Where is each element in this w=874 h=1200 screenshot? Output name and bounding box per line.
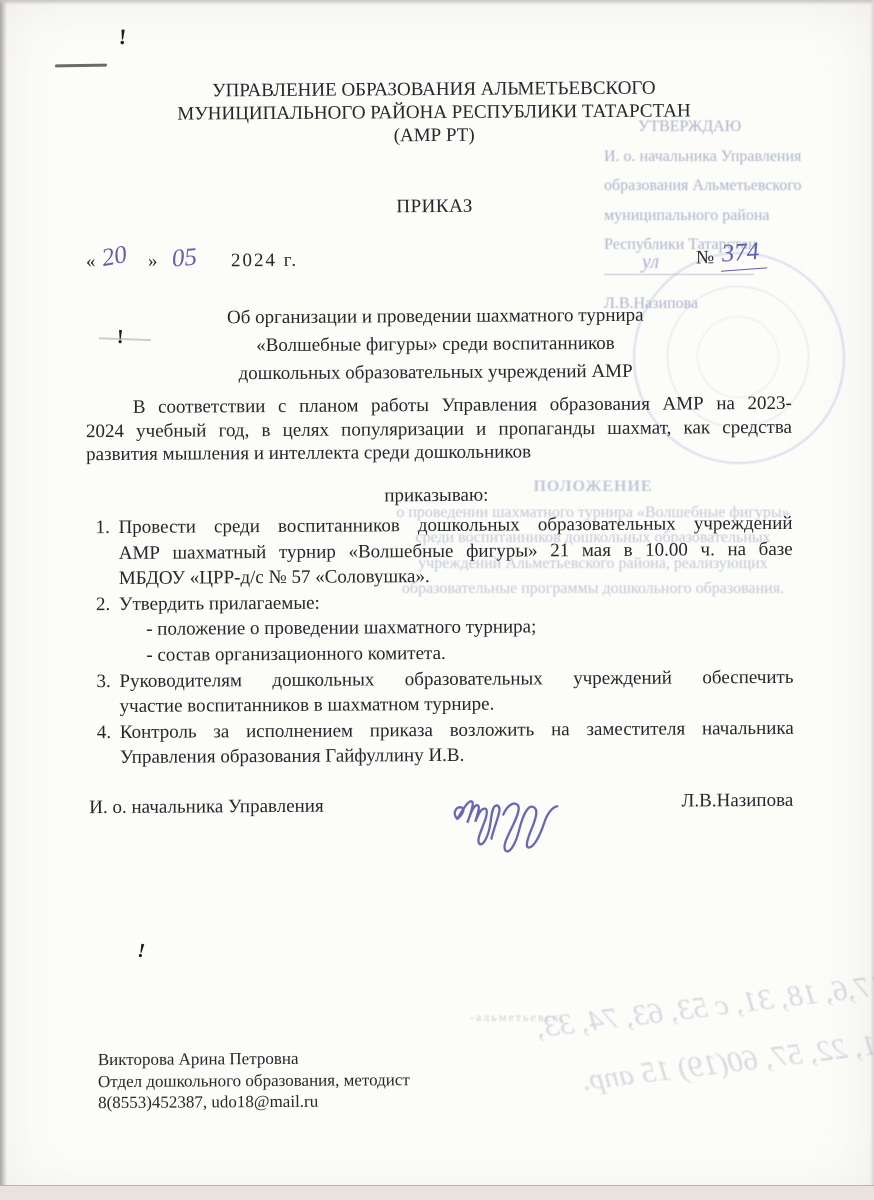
scanned-order-document: УТВЕРЖДАЮ И. о. начальника Управления об… [0, 0, 874, 1200]
preamble-paragraph: В соответствии с планом работы Управлени… [86, 392, 792, 467]
item-line: АМР шахматный турнир «Волшебные фигуры» … [119, 536, 793, 566]
printed-year: 2024 г. [231, 250, 298, 272]
handwritten-month: 05 [171, 244, 198, 274]
item-subline: - состав организационного комитета. [146, 639, 793, 669]
letterhead: УПРАВЛЕНИЕ ОБРАЗОВАНИЯ АЛЬМЕТЬЕВСКОГО МУ… [0, 75, 871, 149]
item-line: Управления образования Гайфуллину И.В. [120, 741, 794, 771]
order-title-line: дошкольных образовательных учреждений АМ… [0, 356, 873, 389]
order-keyword: приказываю: [0, 482, 873, 509]
handwritten-order-number: 374 [719, 237, 767, 271]
order-item-3: 3. Руководителям дошкольных образователь… [96, 664, 793, 719]
paragraph-line: развития мышления и интеллекта среди дош… [86, 439, 792, 467]
open-quote: « [86, 251, 96, 273]
document-content: УПРАВЛЕНИЕ ОБРАЗОВАНИЯ АЛЬМЕТЬЕВСКОГО МУ… [0, 0, 874, 1200]
order-title: Об организации и проведении шахматного т… [0, 300, 873, 389]
item-number: 2. [96, 592, 110, 618]
order-item-4: 4. Контроль за исполнением приказа возло… [97, 716, 794, 771]
close-quote: » [148, 251, 158, 273]
item-line: Провести среди воспитанников дошкольных … [118, 511, 792, 541]
item-number: 4. [97, 720, 111, 746]
date-and-number-row: « 20 » 05 2024 г. № 374 [0, 238, 872, 283]
paragraph-line: 2024 учебный год, в целях популяризации … [86, 415, 792, 443]
executor-name: Викторова Арина Петровна [98, 1047, 410, 1070]
handwritten-day: 20 [100, 241, 130, 273]
order-item-2: 2. Утвердить прилагаемые: - положение о … [96, 588, 793, 669]
item-number: 1. [95, 515, 109, 541]
executor-contacts: 8(8553)452387, udo18@mail.ru [98, 1090, 410, 1113]
executor-department: Отдел дошкольного образования, методист [98, 1069, 410, 1092]
handwritten-signature [447, 776, 568, 873]
order-items-list: 1. Провести среди воспитанников дошкольн… [95, 511, 794, 771]
signer-name: Л.В.Назипова [681, 790, 793, 813]
item-subline: - положение о проведении шахматного турн… [146, 613, 793, 643]
signature-row: И. о. начальника Управления Л.В.Назипова [1, 792, 874, 797]
document-type-heading: ПРИКАЗ [0, 193, 872, 220]
item-line: Контроль за исполнением приказа возложит… [120, 716, 794, 746]
ink-blot-artifact: ! [117, 326, 124, 349]
number-label: № [696, 247, 714, 269]
order-item-1: 1. Провести среди воспитанников дошкольн… [95, 511, 792, 592]
item-number: 3. [96, 669, 110, 695]
executor-footer: Викторова Арина Петровна Отдел дошкольно… [98, 1047, 410, 1113]
signer-position: И. о. начальника Управления [89, 796, 324, 819]
item-line: Руководителям дошкольных образовательных… [119, 664, 793, 694]
signature-stroke [455, 801, 558, 852]
letterhead-line: (АМР РТ) [0, 121, 871, 149]
